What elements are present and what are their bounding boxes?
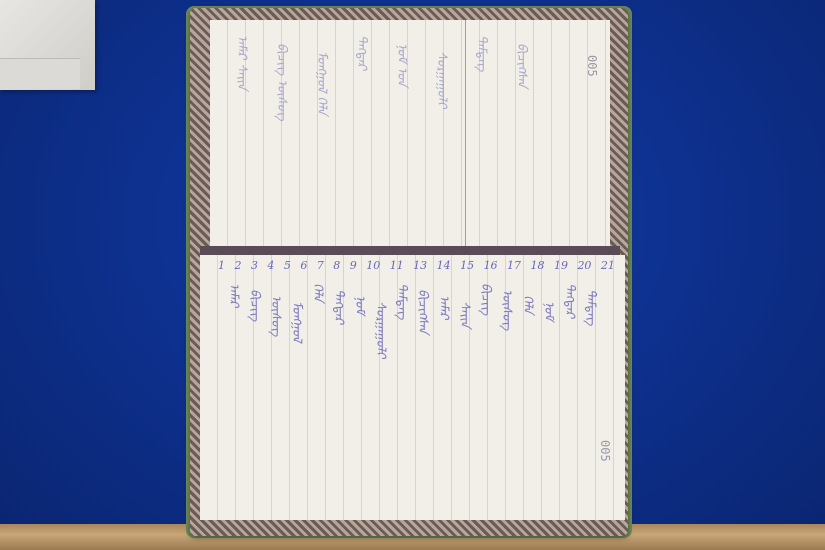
handwritten-column: ᠠᠮᠠᠷ [432,295,455,319]
page-margin-line [465,20,466,248]
handwritten-column: ᠨᠣᠮ [537,301,560,321]
column-number: 7 [317,259,324,272]
column-number: 2 [234,259,241,272]
column-number: 3 [251,259,258,272]
column-number-row: 1234567891011131415161718192021 [218,259,615,272]
page-stamp: 005 [585,55,599,77]
handwritten-column: ᠨᠣᠮ [348,295,371,315]
handwritten-column: ᠳᠡᠭᠲᠡᠷ [350,35,373,70]
column-number: 13 [413,259,427,272]
handwritten-column: ᠮᠣᠩᠭᠣᠯ [285,301,308,342]
column-number: 5 [284,259,291,272]
column-number: 14 [437,259,451,272]
handwritten-column: ᠪᠢᠴᠢᠭ ᠦᠰᠦᠭ [270,43,293,121]
handwritten-column: ᠠᠮᠠᠷ [222,283,245,307]
handwritten-column: ᠦᠰᠦᠭ [495,289,518,330]
column-number: 18 [531,259,545,272]
handwritten-column: ᠳᠡᠭᠲᠡᠷ [558,283,581,318]
handwritten-column: ᠰᠤᠷᠭᠠᠭᠤᠯᠢ [369,301,392,358]
notebook-bottom-page: 1234567891011131415161718192021 ᠠᠮᠠᠷᠪᠢᠴᠢ… [200,255,625,520]
handwritten-column: ᠠᠮᠠᠷ ᠰᠠᠢᠨ [230,35,253,90]
handwritten-column: ᠳᠡᠭᠲᠡᠷ [327,289,350,324]
page-stamp: 005 [598,440,612,462]
notebook-top-page: ᠠᠮᠠᠷ ᠰᠠᠢᠨᠪᠢᠴᠢᠭ ᠦᠰᠦᠭᠮᠣᠩᠭᠣᠯ ᠬᠡᠯᠡᠳᠡᠭᠲᠡᠷᠨᠣᠮ … [210,20,610,248]
handwritten-column: ᠲᠡᠮᠳᠡᠭ [470,35,493,71]
handwritten-column: ᠬᠡᠯᠡ [516,295,539,314]
column-number: 1 [218,259,225,272]
column-number: 4 [267,259,274,272]
column-number: 20 [577,259,591,272]
handwritten-column: ᠲᠡᠮᠳᠡᠭ [390,283,413,319]
column-number: 11 [390,259,404,272]
column-number: 15 [460,259,474,272]
handwritten-column: ᠲᠡᠮᠳᠡᠭ [579,289,602,325]
column-number: 9 [350,259,357,272]
handwritten-column: ᠰᠠᠢᠨ [453,301,476,328]
column-number: 10 [366,259,380,272]
handwritten-column: ᠬᠡᠯᠡ [306,283,329,302]
column-number: 8 [333,259,340,272]
handwritten-column: ᠮᠣᠩᠭᠣᠯ ᠬᠡᠯᠡ [310,51,333,115]
handwritten-column: ᠪᠢᠴᠢᠭ [243,289,266,321]
column-number: 21 [601,259,615,272]
column-number: 16 [484,259,498,272]
column-number: 6 [300,259,307,272]
handwritten-column: ᠪᠢᠴᠢᠭ [474,283,497,315]
handwritten-column: ᠦᠰᠦᠭ [264,295,287,336]
handwritten-column: ᠪᠢᠴᠢᠭᠰᠡᠨ [411,289,434,334]
handwritten-column: ᠨᠣᠮ ᠤᠨ [390,43,413,86]
handwritten-column: ᠰᠤᠷᠭᠠᠭᠤᠯᠢ [430,51,453,108]
loose-paper-corner [0,0,95,90]
column-number: 17 [507,259,521,272]
handwritten-column: ᠪᠢᠴᠢᠭᠰᠡᠨ [510,43,533,88]
column-number: 19 [554,259,568,272]
